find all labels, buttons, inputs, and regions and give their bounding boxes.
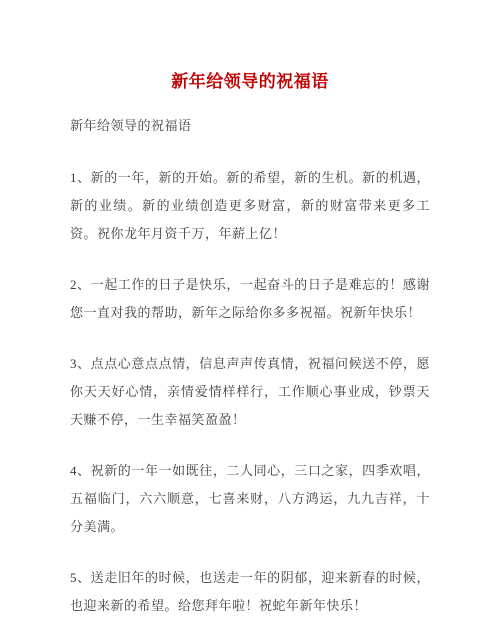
- paragraph-3: 3、点点心意点点情，信息声声传真情，祝福问候送不停，愿你天天好心情，亲情爱情样样…: [70, 350, 430, 434]
- paragraph-5: 5、送走旧年的时候，也送走一年的阴郁，迎来新春的时候，也迎来新的希望。给您拜年啦…: [70, 564, 430, 620]
- paragraph-2: 2、一起工作的日子是快乐，一起奋斗的日子是难忘的！感谢您一直对我的帮助，新年之际…: [70, 271, 430, 327]
- paragraph-1: 1、新的一年，新的开始。新的希望，新的生机。新的机遇，新的业绩。新的业绩创造更多…: [70, 164, 430, 248]
- paragraph-4: 4、祝新的一年一如既往，二人同心，三口之家，四季欢唱，五福临门，六六顺意，七喜来…: [70, 457, 430, 541]
- page-title: 新年给领导的祝福语: [70, 72, 430, 92]
- document-page: 新年给领导的祝福语 新年给领导的祝福语 1、新的一年，新的开始。新的希望，新的生…: [0, 0, 500, 637]
- document-subtitle: 新年给领导的祝福语: [70, 117, 430, 135]
